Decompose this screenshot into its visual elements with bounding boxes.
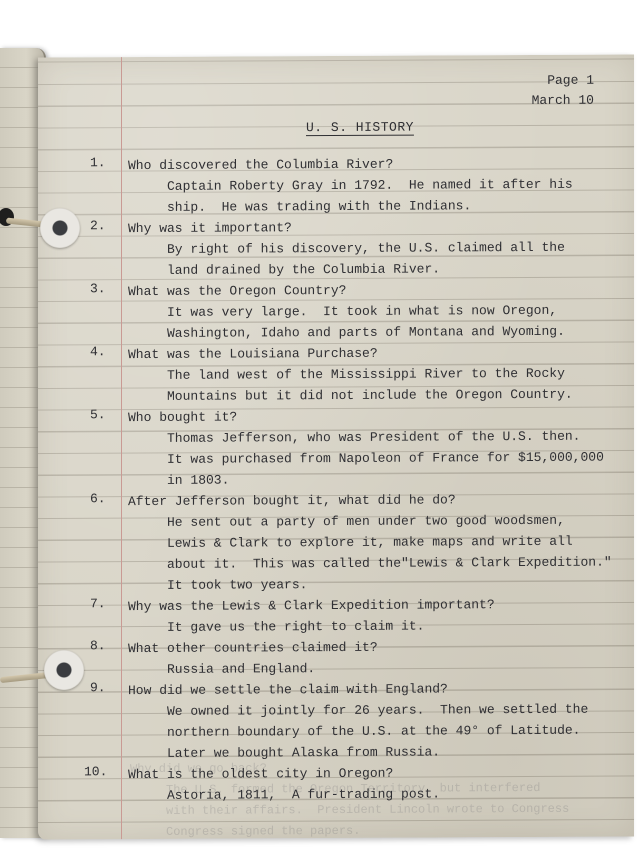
question-text: What was the Oregon Country? — [128, 278, 634, 302]
answer-line: in 1803. — [167, 467, 634, 490]
question-item: 4.What was the Louisiana Purchase?The la… — [38, 341, 634, 407]
answer-line: By right of his discovery, the U.S. clai… — [167, 236, 634, 259]
answer-line: It was purchased from Napoleon of France… — [167, 446, 634, 469]
question-number: 3. — [90, 281, 106, 296]
answer-line: It took two years. — [167, 572, 634, 595]
question-number: 5. — [90, 407, 106, 422]
question-text: What was the Louisiana Purchase? — [128, 341, 634, 365]
grommet-ring-bottom — [44, 650, 84, 690]
question-answer-list: 1.Who discovered the Columbia River?Capt… — [38, 152, 634, 806]
grommet-ring-top — [40, 208, 80, 248]
question-text: After Jefferson bought it, what did he d… — [128, 488, 634, 512]
page-header: Page 1 March 10 — [532, 71, 594, 111]
question-text: Who discovered the Columbia River? — [128, 152, 634, 176]
question-item: 1.Who discovered the Columbia River?Capt… — [38, 152, 634, 218]
question-number: 2. — [90, 218, 106, 233]
answer-line: ship. He was trading with the Indians. — [167, 194, 634, 217]
answer-line: It gave us the right to claim it. — [167, 614, 634, 637]
answer-line: The land west of the Mississippi River t… — [167, 362, 634, 385]
question-number: 6. — [90, 491, 106, 506]
page-date: March 10 — [532, 91, 594, 111]
bleed-through-text: Why did we go back? The U.S. formed the … — [130, 757, 600, 843]
answer-line: Washington, Idaho and parts of Montana a… — [167, 320, 634, 343]
question-text: What other countries claimed it? — [128, 635, 634, 659]
notebook-page: Page 1 March 10 U. S. HISTORY 1.Who disc… — [38, 54, 634, 839]
question-text: Why was it important? — [128, 215, 634, 239]
question-number: 8. — [90, 638, 106, 653]
question-item: 9.How did we settle the claim with Engla… — [38, 677, 634, 764]
answer-line: Thomas Jefferson, who was President of t… — [167, 425, 634, 448]
question-number: 9. — [90, 680, 106, 695]
question-text: Why was the Lewis & Clark Expedition imp… — [128, 593, 634, 617]
question-text: How did we settle the claim with England… — [128, 677, 634, 701]
answer-line: northern boundary of the U.S. at the 49°… — [167, 719, 634, 742]
answer-line: Mountains but it did not include the Ore… — [167, 383, 634, 406]
answer-line: Captain Roberty Gray in 1792. He named i… — [167, 173, 634, 196]
question-number: 4. — [90, 344, 106, 359]
answer-line: land drained by the Columbia River. — [167, 257, 634, 280]
question-number: 7. — [90, 596, 106, 611]
answer-line: about it. This was called the"Lewis & Cl… — [167, 551, 634, 574]
question-item: 2.Why was it important?By right of his d… — [38, 215, 634, 281]
question-item: 3.What was the Oregon Country?It was ver… — [38, 278, 634, 344]
question-item: 7.Why was the Lewis & Clark Expedition i… — [38, 593, 634, 638]
answer-line: We owned it jointly for 26 years. Then w… — [167, 698, 634, 721]
page-number: Page 1 — [532, 71, 594, 91]
page-title: U. S. HISTORY — [306, 120, 414, 136]
question-item: 5.Who bought it?Thomas Jefferson, who wa… — [38, 404, 634, 491]
question-text: Who bought it? — [128, 404, 634, 428]
answer-line: He sent out a party of men under two goo… — [167, 509, 634, 532]
question-item: 8.What other countries claimed it?Russia… — [38, 635, 634, 680]
answer-line: It was very large. It took in what is no… — [167, 299, 634, 322]
answer-line: Lewis & Clark to explore it, make maps a… — [167, 530, 634, 553]
question-item: 6.After Jefferson bought it, what did he… — [38, 488, 634, 596]
question-number: 10. — [84, 764, 107, 779]
question-number: 1. — [90, 155, 106, 170]
answer-line: Russia and England. — [167, 656, 634, 679]
